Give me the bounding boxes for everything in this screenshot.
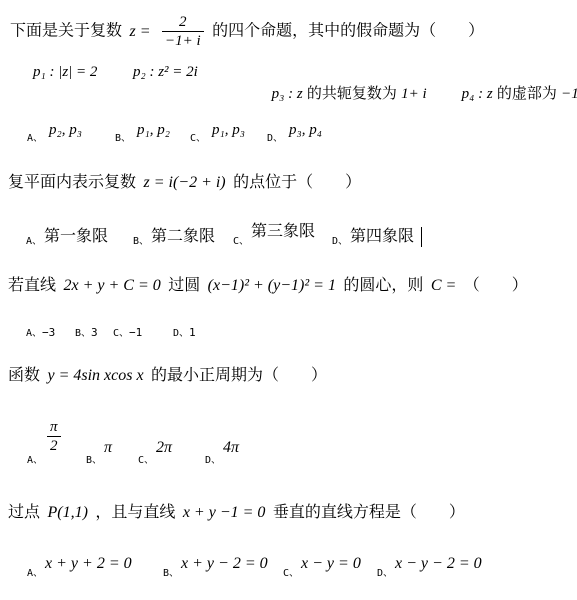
q3-math-3: C = [431,277,456,294]
option-value: 第二象限 [151,227,215,247]
question-4-stem: 函数 y = 4sin xcos x 的最小正周期为（ ） [8,365,327,387]
q1-fraction: 2 −1+ i [162,13,204,50]
q1-p4-chinese: 的虚部为 [493,85,561,102]
option-label: B、 [163,568,179,580]
option-label: D、 [205,455,221,467]
q1-p4-math: p₄ : z [462,86,493,102]
q5-stem-post: 垂直的直线方程是（ ） [273,504,465,521]
q1-stem-pre: 下面是关于复数 [10,23,122,40]
option-value: p₁, p₂ [137,121,170,140]
q1-frac-denominator: −1+ i [162,31,204,50]
q3-stem-mid1: 过圆 [168,277,200,294]
q4-option-d: D、 4π [205,440,239,467]
q4-option-a: A、 π 2 [27,420,61,467]
option-value: 4π [223,438,239,457]
option-value: 2π [156,438,172,457]
q3-stem-post: （ ） [464,277,528,294]
question-5-stem: 过点 P(1,1) ，且与直线 x + y −1 = 0 垂直的直线方程是（ ） [8,502,465,524]
q5-stem-mid1: ，且与直线 [95,504,175,521]
q1-stem-post: 的四个命题，其中的假命题为（ ） [212,23,484,40]
q1-proposition-p1: p₁ : |z| = 2 [33,64,97,81]
q3-options: A、−3 B、3 C、−1 D、1 [0,326,577,342]
q1-proposition-p4: p₄ : z 的虚部为 −1 [435,64,577,121]
option-label: A、 [27,568,43,580]
option-value: π [104,438,112,457]
q1-option-c: C、 p₁, p₃ [190,118,245,145]
q4-stem-pre: 函数 [8,367,40,384]
option-label: B、 [115,133,131,145]
q1-option-b: B、 p₁, p₂ [115,118,170,145]
option-value: 第四象限 [350,227,414,247]
option-value: x + y + 2 = 0 [45,554,132,573]
q4-optA-numerator: π [50,418,58,436]
option-value: x + y − 2 = 0 [181,554,268,573]
q1-p3-math: p₃ : z [272,86,303,102]
q4-option-b: B、 π [86,440,112,467]
option-label: A、 [26,236,42,248]
q2-option-a: A、 第一象限 [26,224,108,248]
option-value: p₂, p₃ [49,121,82,140]
q4-stem-post: 的最小正周期为（ ） [151,367,327,384]
option-value: −1 [129,326,142,339]
option-value: 1 [189,326,196,339]
q5-stem-pre: 过点 [8,504,40,521]
q2-option-c: C、 第三象限 [233,224,315,248]
q3-stem-mid2: 的圆心，则 [343,277,423,294]
q1-p3-chinese: 的共轭复数为 [303,85,401,102]
option-value: x − y − 2 = 0 [395,554,482,573]
option-label: D、 [377,568,393,580]
q1-p4-tail: −1 [561,86,577,102]
option-label: C、 [233,236,249,248]
q5-math-1: P(1,1) [47,504,87,521]
option-value: x − y = 0 [301,554,361,573]
q1-proposition-p3: p₃ : z 的共轭复数为 1+ i [245,64,427,121]
option-value: 3 [91,326,98,339]
q1-p3-tail: 1+ i [401,86,427,102]
q1-propositions: p₁ : |z| = 2 p₂ : z² = 2i p₃ : z 的共轭复数为 … [0,64,577,92]
document-page[interactable]: 下面是关于复数 z = 2 −1+ i 的四个命题，其中的假命题为（ ） p₁ … [0,0,577,600]
q3-option-a: A、−3 [26,326,55,340]
question-1-stem: 下面是关于复数 z = 2 −1+ i 的四个命题，其中的假命题为（ ） [10,13,484,50]
option-label: C、 [113,328,129,339]
option-label: C、 [190,133,206,145]
q1-proposition-p2: p₂ : z² = 2i [133,64,198,81]
option-label: D、 [173,328,189,339]
text-cursor [421,227,422,247]
option-label: A、 [26,328,42,339]
option-label: B、 [133,236,149,248]
option-label: A、 [27,133,43,145]
q1-frac-numerator: 2 [179,13,187,31]
q2-option-d: D、 第四象限 [332,224,414,248]
q4-optA-denominator: 2 [47,436,61,455]
option-label: A、 [27,455,43,467]
q1-option-d: D、 p₃, p₄ [267,118,322,145]
q3-math-1: 2x + y + C = 0 [63,277,160,294]
option-value: p₁, p₃ [212,121,245,140]
q1-option-a: A、 p₂, p₃ [27,118,82,145]
option-label: B、 [86,455,102,467]
q3-option-b: B、3 [75,326,98,340]
q5-option-b: B、 x + y − 2 = 0 [163,553,268,580]
option-value: p₃, p₄ [289,121,322,140]
option-value: −3 [42,326,55,339]
q3-option-c: C、−1 [113,326,142,340]
option-label: D、 [332,236,348,248]
q5-math-2: x + y −1 = 0 [183,504,266,521]
q3-option-d: D、1 [173,326,196,340]
q1-frac-lhs: z = [129,23,150,40]
option-label: C、 [138,455,154,467]
option-value: 第三象限 [251,222,315,242]
q2-stem-math: z = i(−2 + i) [143,174,225,191]
q3-stem-pre: 若直线 [8,277,56,294]
q3-math-2: (x−1)² + (y−1)² = 1 [208,277,336,294]
q2-stem-pre: 复平面内表示复数 [8,174,136,191]
option-label: D、 [267,133,283,145]
q5-option-c: C、 x − y = 0 [283,553,361,580]
q5-option-d: D、 x − y − 2 = 0 [377,553,482,580]
option-label: B、 [75,328,91,339]
q5-option-a: A、 x + y + 2 = 0 [27,553,132,580]
option-value: 第一象限 [44,227,108,247]
question-3-stem: 若直线 2x + y + C = 0 过圆 (x−1)² + (y−1)² = … [8,275,528,297]
q2-option-b: B、 第二象限 [133,224,215,248]
question-2-stem: 复平面内表示复数 z = i(−2 + i) 的点位于（ ） [8,172,361,194]
q4-option-c: C、 2π [138,440,172,467]
q2-stem-post: 的点位于（ ） [233,174,361,191]
q4-option-a-fraction: π 2 [47,418,61,455]
option-label: C、 [283,568,299,580]
q4-stem-math: y = 4sin xcos x [47,367,143,384]
